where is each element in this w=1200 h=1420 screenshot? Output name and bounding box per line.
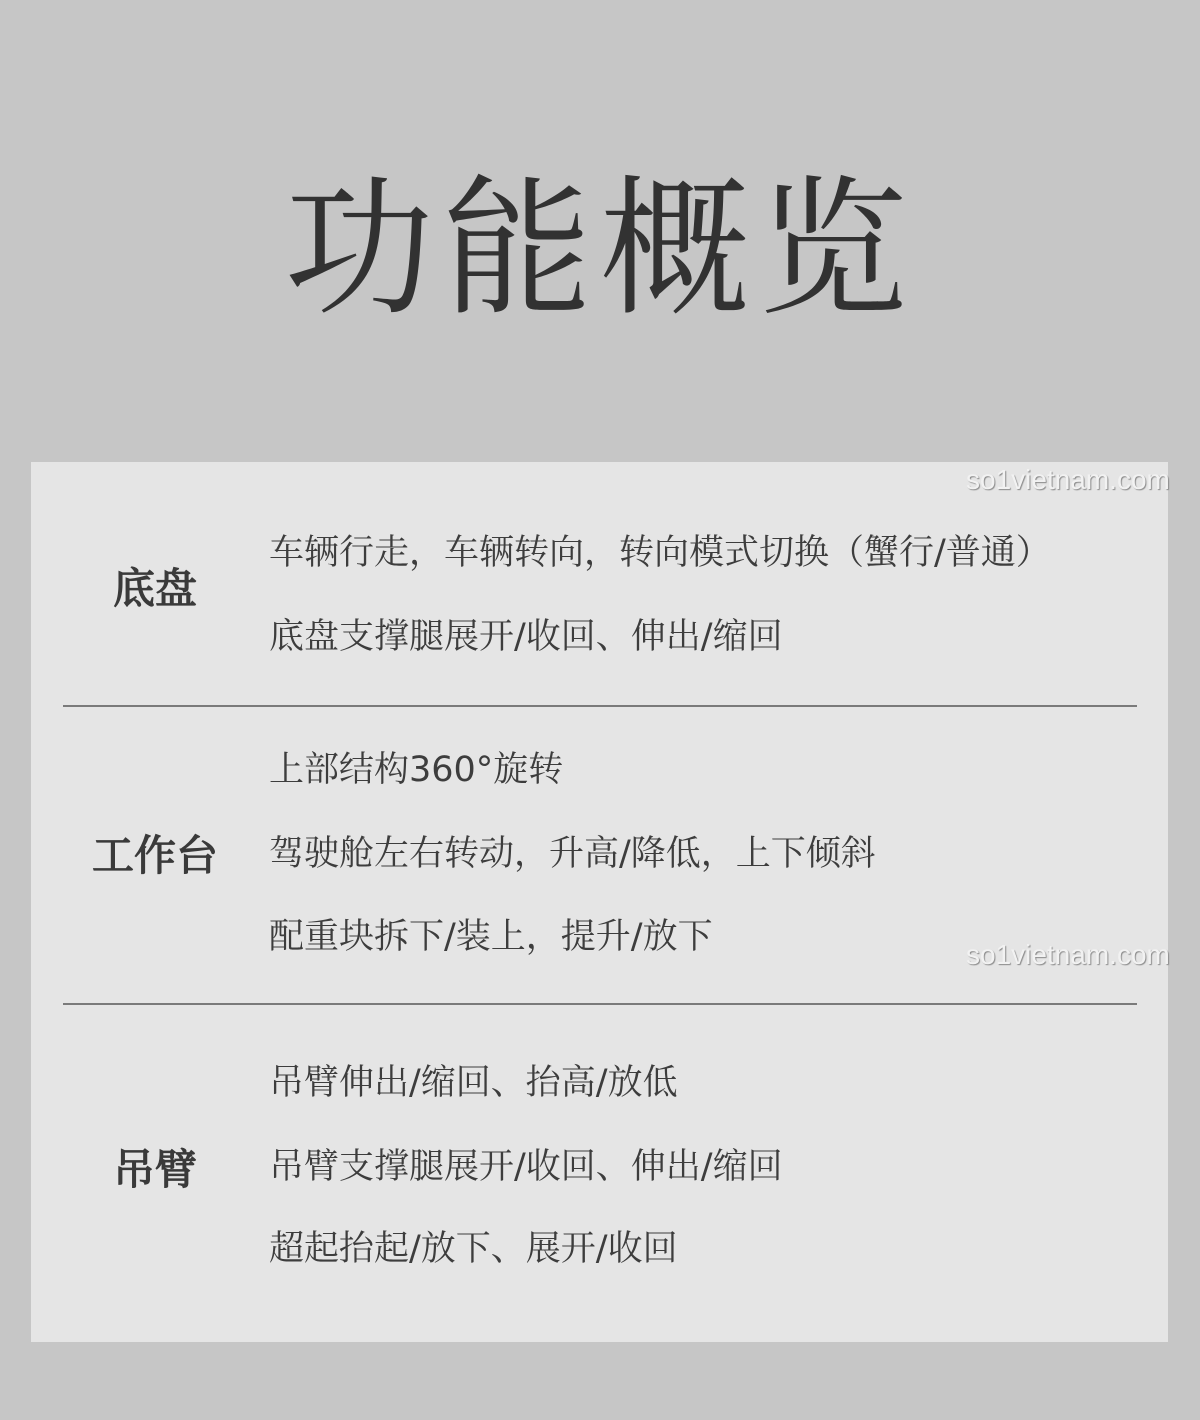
feature-item: 底盘支撑腿展开/收回、伸出/缩回 [269, 615, 783, 659]
feature-item: 吊臂伸出/缩回、抬高/放低 [269, 1061, 678, 1105]
feature-item: 车辆行走，车辆转向，转向模式切换（蟹行/普通） [269, 531, 1051, 575]
section-label: 底盘 [31, 564, 279, 614]
section-label: 吊臂 [31, 1145, 279, 1195]
feature-item: 吊臂支撑腿展开/收回、伸出/缩回 [269, 1145, 783, 1189]
section-label: 工作台 [31, 831, 279, 881]
feature-item: 配重块拆下/装上，提升/放下 [269, 915, 713, 959]
watermark: so1vietnam.com [966, 464, 1170, 496]
page-title: 功能概览 [0, 165, 1200, 335]
watermark: so1vietnam.com [966, 939, 1170, 971]
section-boom: 吊臂 吊臂伸出/缩回、抬高/放低 吊臂支撑腿展开/收回、伸出/缩回 超起抬起/放… [31, 1005, 1168, 1342]
feature-item: 上部结构360°旋转 [269, 748, 563, 792]
feature-item: 驾驶舱左右转动，升高/降低，上下倾斜 [269, 832, 876, 876]
feature-card: 底盘 车辆行走，车辆转向，转向模式切换（蟹行/普通） 底盘支撑腿展开/收回、伸出… [31, 462, 1168, 1342]
section-chassis: 底盘 车辆行走，车辆转向，转向模式切换（蟹行/普通） 底盘支撑腿展开/收回、伸出… [31, 462, 1168, 705]
feature-item: 超起抬起/放下、展开/收回 [269, 1227, 678, 1271]
